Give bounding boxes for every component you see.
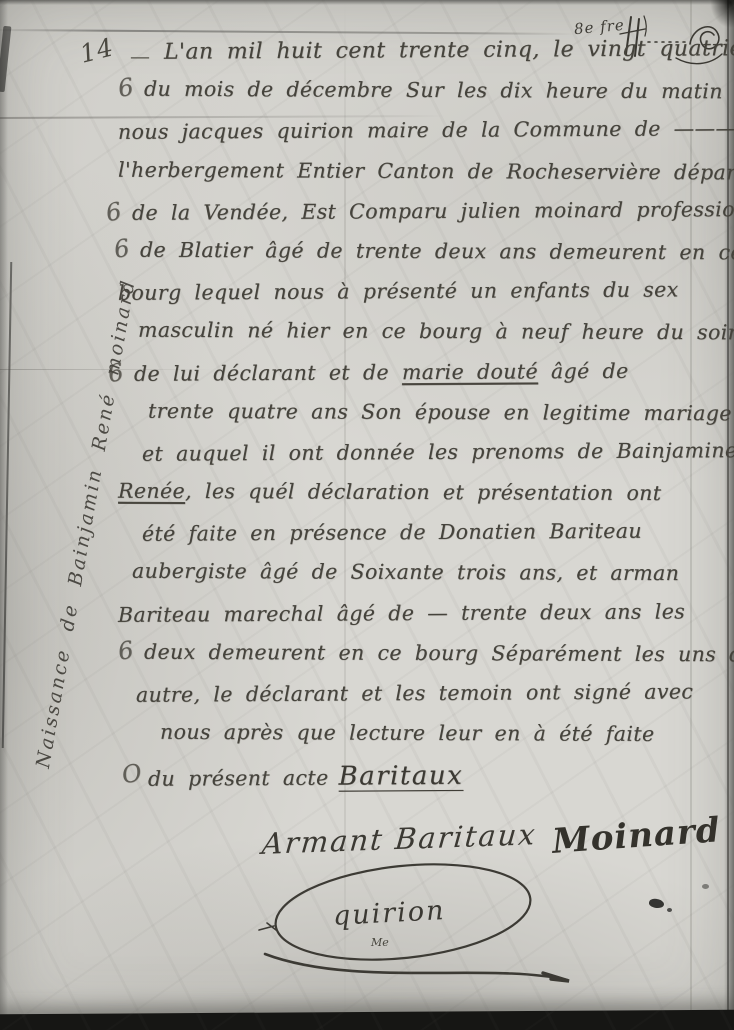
text-segment: de Blatier âgé de trente deux ans demeur… <box>140 238 734 265</box>
text-line: aubergiste âgé de Soixante trois ans, et… <box>132 559 724 602</box>
text-line: autre, le déclarant et les temoin ont si… <box>136 679 724 723</box>
scanned-register-page: 14 — 8e fre Naissance de Bainjamin René … <box>0 0 734 1030</box>
ink-speck <box>702 884 709 889</box>
signature-witness: Armant Baritaux <box>261 817 539 861</box>
text-segment: l'herbergement Entier Canton de Rocheser… <box>118 157 734 184</box>
text-line: trente quatre ans Son épouse en legitime… <box>148 398 724 441</box>
text-line: Bariteau marechal âgé de — trente deux a… <box>118 599 724 643</box>
text-segment: de la Vendée, Est Comparu julien moinard… <box>132 197 734 225</box>
act-text: L'an mil huit cent trente cinq, le vingt… <box>118 38 724 802</box>
text-segment: du mois de décembre Sur les dix heure du… <box>144 77 734 104</box>
signature-mayor: quirion <box>332 895 446 932</box>
text-line: 6deux demeurent en ce bourg Séparément l… <box>144 640 724 683</box>
text-segment: nous jacques quirion maire de la Commune… <box>118 116 734 144</box>
signature-mayor-block: quirion Me <box>255 858 585 993</box>
ink-blot <box>648 897 665 910</box>
text-segment: deux demeurent en ce bourg Séparément le… <box>144 640 734 667</box>
text-segment: autre, le déclarant et les temoin ont si… <box>136 679 693 706</box>
underlined-name: marie douté <box>402 359 538 384</box>
line-start-flourish: 6 <box>116 73 136 103</box>
line-start-flourish: 6 <box>104 196 124 226</box>
text-line: Odu présent acteBaritaux <box>148 760 724 804</box>
text-segment: aubergiste âgé de Soixante trois ans, et… <box>132 559 679 585</box>
text-segment: nous après que lecture leur en à été fai… <box>160 720 655 746</box>
text-segment: été faite en présence de Donatien Barite… <box>142 519 642 546</box>
text-line: masculin né hier en ce bourg à neuf heur… <box>138 318 724 361</box>
underlined-name: Renée <box>118 479 185 503</box>
text-line: 6de Blatier âgé de trente deux ans demeu… <box>140 238 724 281</box>
text-segment: du présent acte <box>148 766 329 791</box>
text-line: bourg lequel nous à présenté un enfants … <box>118 277 724 321</box>
act-number: 14 <box>77 32 117 68</box>
text-segment: Bariteau marechal âgé de — trente deux a… <box>118 599 685 626</box>
signature-mayor-title: Me <box>371 936 389 949</box>
ink-blot-small <box>667 908 672 912</box>
text-line: 6du mois de décembre Sur les dix heure d… <box>144 77 724 120</box>
line-start-flourish: 6 <box>112 233 132 263</box>
scan-edge-top <box>0 0 734 5</box>
line-start-flourish: O <box>120 759 145 790</box>
text-segment: bourg lequel nous à présenté un enfants … <box>118 278 679 305</box>
text-segment: de lui déclarant et de <box>134 360 402 386</box>
text-line: été faite en présence de Donatien Barite… <box>142 518 724 562</box>
signature-father: Moinard <box>551 810 722 862</box>
inline-signature: Baritaux <box>338 761 463 792</box>
text-line: nous après que lecture leur en à été fai… <box>160 720 724 763</box>
text-segment: trente quatre ans Son épouse en legitime… <box>148 398 732 425</box>
text-line: L'an mil huit cent trente cinq, le vingt… <box>164 36 724 80</box>
text-segment: , les quél déclaration et présentation o… <box>185 479 661 505</box>
text-line: 6de la Vendée, Est Comparu julien moinar… <box>132 197 724 241</box>
text-line: nous jacques quirion maire de la Commune… <box>118 117 724 161</box>
text-segment: et auquel il ont donnée les prenoms de B… <box>142 438 734 466</box>
paper-edge-line-right <box>727 0 729 1014</box>
scan-edge-right <box>724 0 734 1030</box>
crease-line-top <box>0 29 575 35</box>
text-line: 6de lui déclarant et de marie douté âgé … <box>134 358 724 402</box>
text-segment: masculin né hier en ce bourg à neuf heur… <box>138 318 734 345</box>
text-segment: L'an mil huit cent trente cinq, le vingt… <box>164 36 734 65</box>
text-line: l'herbergement Entier Canton de Rocheser… <box>118 157 724 200</box>
text-line: et auquel il ont donnée les prenoms de B… <box>142 438 724 482</box>
scan-edge-bottom <box>0 1010 734 1030</box>
text-segment: âgé de <box>538 358 629 383</box>
text-line: Renée, les quél déclaration et présentat… <box>118 479 724 522</box>
